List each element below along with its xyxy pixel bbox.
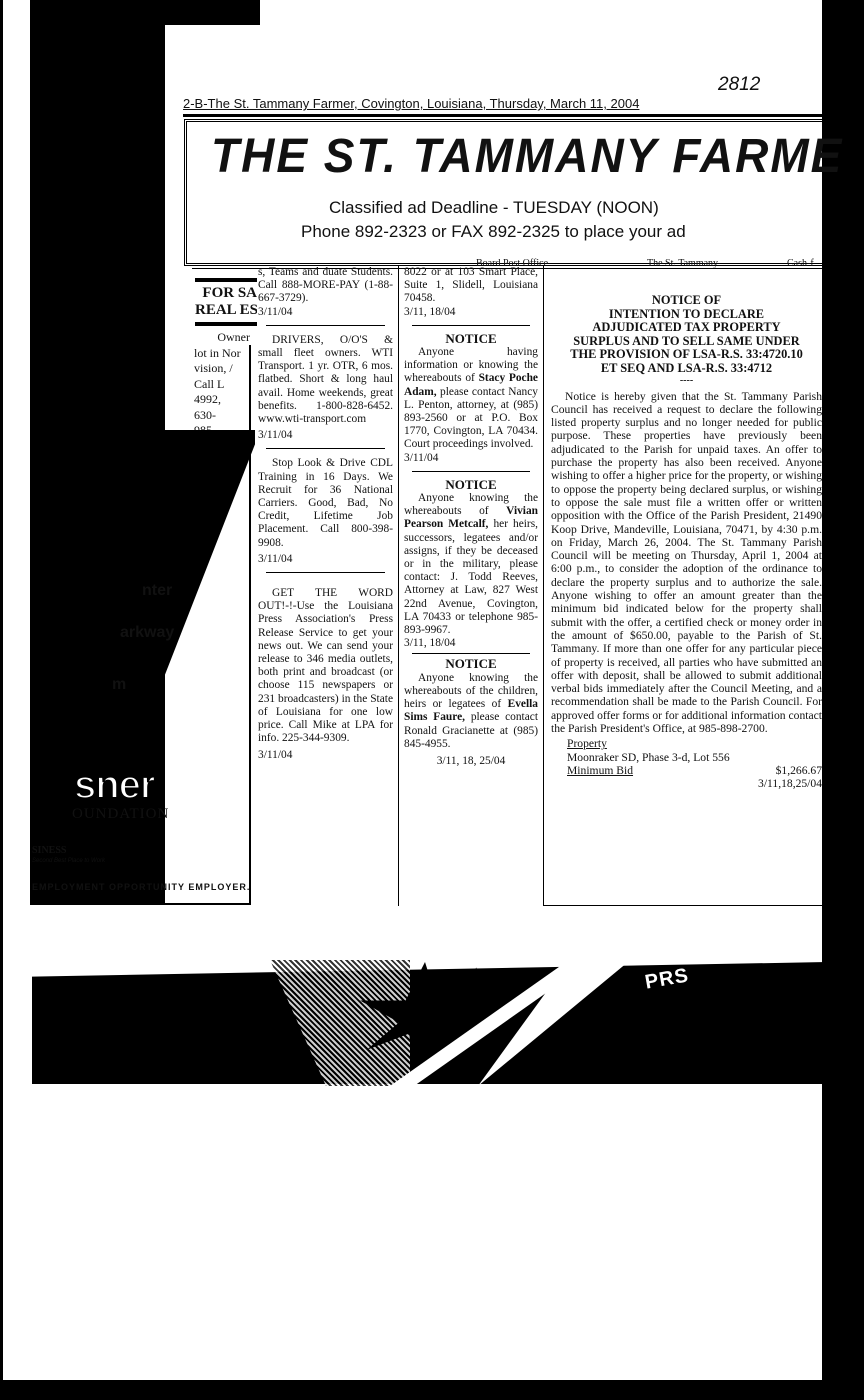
classified-masthead: THE ST. TAMMANY FARME Classified ad Dead… [184,119,829,266]
masthead-deadline: Classified ad Deadline - TUESDAY (NOON) [329,198,659,218]
classified-column-1: s, Teams and duate Students. Call 888-MO… [258,266,393,762]
legal-notice-body: Notice is hereby given that the St. Tamm… [551,390,822,736]
scanned-page: 2812 2-B-The St. Tammany Farmer, Covingt… [0,0,864,1400]
classified-ad-drivers: DRIVERS, O/O'S & small fleet owners. WTI… [258,334,393,443]
notice-stacy-poche-adam: NOTICE Anyone having information or know… [404,332,538,465]
for-sale-heading: FOR SA REAL ES [195,278,257,329]
handwritten-page-number: 2812 [718,74,760,96]
scan-shadow-top [30,0,260,25]
property-listing: Property Moonraker SD, Phase 3-d, Lot 55… [551,737,822,790]
folio-rule [183,114,823,117]
classified-ad-cdl: Stop Look & Drive CDL Training in 16 Day… [258,457,393,566]
employer-advertisement: nter arkway m sner OUNDATION SINESS Seco… [32,580,250,900]
notice-evella-sims-faure: NOTICE Anyone knowing the whereabouts of… [404,657,538,768]
classified-ad: 8022 or at 103 Smart Place, Suite 1, Sli… [404,266,538,319]
scan-border-bottom [0,1382,864,1400]
owner-lot-ad: Owner lot in Nor vision, / Call L 4992, … [194,330,250,439]
classified-ad: s, Teams and duate Students. Call 888-MO… [258,266,393,319]
foundation-logo: sner [74,763,155,808]
masthead-title: THE ST. TAMMANY FARME [211,127,843,184]
legal-notice-column: NOTICE OF INTENTION TO DECLARE ADJUDICAT… [551,294,822,790]
notice-vivian-pearson-metcalf: NOTICE Anyone knowing the whereabouts of… [404,478,538,651]
classified-ad-lpa: GET THE WORD OUT!-!-Use the Louisiana Pr… [258,587,393,762]
page-folio: 2-B-The St. Tammany Farmer, Covington, L… [183,96,639,111]
masthead-contact: Phone 892-2323 or FAX 892-2325 to place … [301,222,686,242]
legal-notice-heading: NOTICE OF INTENTION TO DECLARE ADJUDICAT… [551,294,822,386]
classified-column-2: 8022 or at 103 Smart Place, Suite 1, Sli… [404,266,538,768]
